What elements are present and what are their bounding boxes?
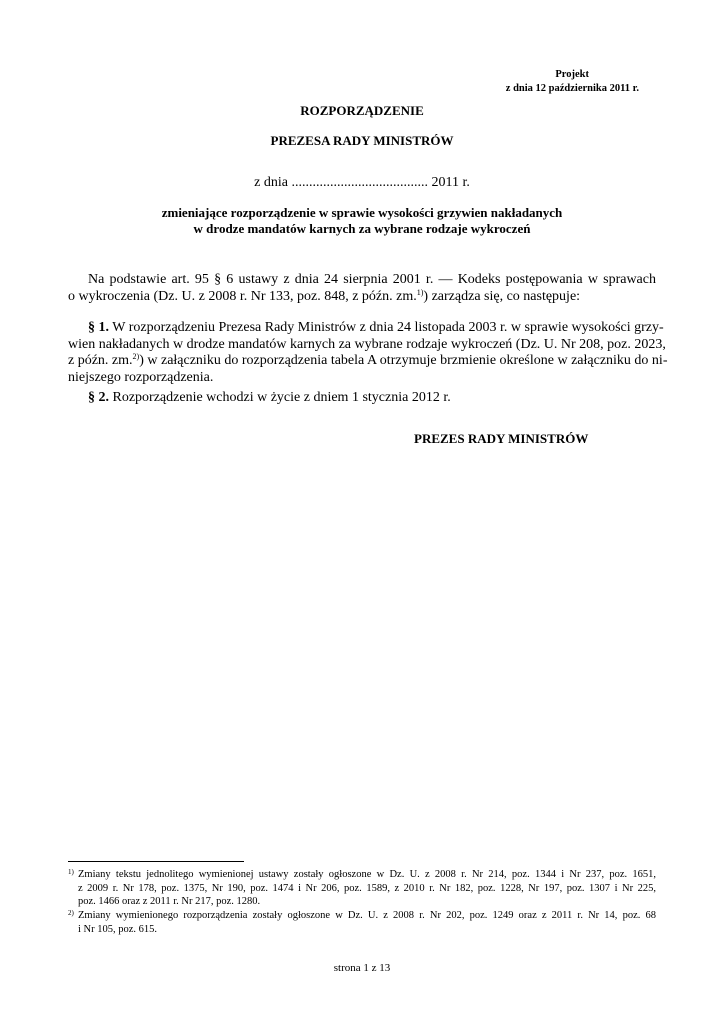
preamble-text-end: ) zarządza się, co następuje: (423, 289, 580, 304)
draft-label: Projekt (506, 68, 639, 82)
signature-block: PREZES RADY MINISTRÓW (414, 431, 588, 447)
footnote-1-line-2: z 2009 r. Nr 178, poz. 1375, Nr 190, poz… (78, 882, 656, 896)
section-1-paragraph: § 1. W rozporządzeniu Prezesa Rady Minis… (68, 320, 656, 386)
draft-stamp: Projekt z dnia 12 października 2011 r. (506, 68, 639, 96)
act-subject: zmieniające rozporządzenie w sprawie wys… (0, 205, 724, 237)
footnote-1-line-1: Zmiany tekstu jednolitego wymienionej us… (78, 868, 656, 882)
section-1-text-3b: ) w załączniku do rozporządzenia tabela … (139, 353, 667, 368)
section-2-line: § 2. Rozporządzenie wchodzi w życie z dn… (68, 390, 656, 407)
preamble-text: o wykroczenia (Dz. U. z 2008 r. Nr 133, … (68, 289, 417, 304)
preamble-line-2: o wykroczenia (Dz. U. z 2008 r. Nr 133, … (68, 289, 656, 306)
section-1-line-1: § 1. W rozporządzeniu Prezesa Rady Minis… (68, 320, 656, 337)
footnote-2-number: 2) (68, 907, 74, 921)
page-number: strona 1 z 13 (0, 962, 724, 974)
subject-line-2: w drodze mandatów karnych za wybrane rod… (0, 221, 724, 237)
section-1-text-3a: z późn. zm. (68, 353, 133, 368)
section-2-text: Rozporządzenie wchodzi w życie z dniem 1… (109, 390, 451, 405)
section-1-line-2: wien nakładanych w drodze mandatów karny… (68, 337, 656, 354)
section-1-text: W rozporządzeniu Prezesa Rady Ministrów … (109, 320, 664, 335)
subject-line-1: zmieniające rozporządzenie w sprawie wys… (0, 205, 724, 221)
footnote-1-number: 1) (68, 866, 74, 880)
footnote-1: 1) Zmiany tekstu jednolitego wymienionej… (68, 868, 656, 909)
footnote-1-line-3: poz. 1466 oraz z 2011 r. Nr 217, poz. 12… (78, 895, 656, 909)
act-date-line: z dnia .................................… (0, 175, 724, 191)
section-1-mark: § 1. (88, 320, 109, 335)
preamble-paragraph: Na podstawie art. 95 § 6 ustawy z dnia 2… (68, 272, 656, 305)
footnote-2-line-2: i Nr 105, poz. 615. (78, 923, 656, 937)
footnote-separator (68, 861, 244, 862)
issuer-heading: PREZESA RADY MINISTRÓW (0, 133, 724, 149)
draft-date: z dnia 12 października 2011 r. (506, 82, 639, 96)
footnote-2: 2) Zmiany wymienionego rozporządzenia zo… (68, 909, 656, 936)
section-2-paragraph: § 2. Rozporządzenie wchodzi w życie z dn… (68, 390, 656, 407)
section-1-line-3: z późn. zm.2)) w załączniku do rozporząd… (68, 353, 656, 370)
section-2-mark: § 2. (88, 390, 109, 405)
preamble-line-1: Na podstawie art. 95 § 6 ustawy z dnia 2… (68, 272, 656, 289)
footnote-2-line-1: Zmiany wymienionego rozporządzenia zosta… (78, 909, 656, 923)
act-type-heading: ROZPORZĄDZENIE (0, 103, 724, 119)
section-1-line-4: niejszego rozporządzenia. (68, 370, 656, 387)
